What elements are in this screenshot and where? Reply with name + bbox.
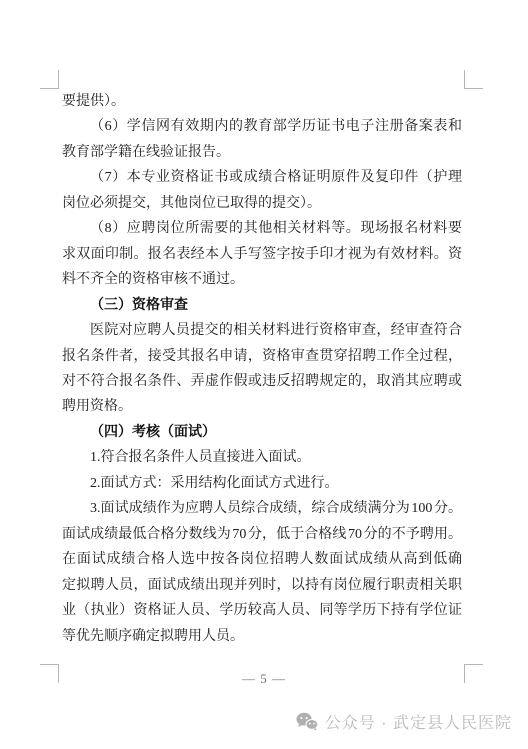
text-line: （四）考核（面试） (62, 420, 462, 445)
text-line: 3.面试成绩作为应聘人员综合成绩，综合成绩满分为 100 分。 (62, 496, 462, 521)
text-line: 报名条件者，接受其报名申请，资格审查贯穿招聘工作全过程， (62, 344, 462, 369)
text-line: （7）本专业资格证书或成绩合格证明原件及复印件（护理 (62, 165, 462, 190)
text-line: 要提供）。 (62, 89, 462, 114)
paragraph: 3.面试成绩作为应聘人员综合成绩，综合成绩满分为 100 分。面试成绩最低合格分… (62, 496, 462, 649)
text-line: 对不符合报名条件、弄虚作假或违反招聘规定的，取消其应聘或 (62, 369, 462, 394)
paragraph: （8）应聘岗位所需要的其他相关材料等。现场报名材料要求双面印制。报名表经本人手写… (62, 216, 462, 292)
text-line: 医院对应聘人员提交的相关材料进行资格审查，经审查符合 (62, 318, 462, 343)
document-page: 要提供）。（6）学信网有效期内的教育部学历证书电子注册备案表和教育部学籍在线验证… (0, 0, 528, 749)
watermark-footer: 公众号 · 武定县人民医院 (296, 710, 512, 733)
paragraph: 医院对应聘人员提交的相关材料进行资格审查，经审查符合报名条件者，接受其报名申请，… (62, 318, 462, 420)
text-line: （8）应聘岗位所需要的其他相关材料等。现场报名材料要 (62, 216, 462, 241)
section-heading: （四）考核（面试） (62, 420, 462, 445)
paragraph: （6）学信网有效期内的教育部学历证书电子注册备案表和教育部学籍在线验证报告。 (62, 114, 462, 165)
text-line: 1.符合报名条件人员直接进入面试。 (62, 445, 462, 470)
paragraph: 2.面试方式：采用结构化面试方式进行。 (62, 471, 462, 496)
paragraph: （7）本专业资格证书或成绩合格证明原件及复印件（护理岗位必须提交，其他岗位已取得… (62, 165, 462, 216)
text-line: （6）学信网有效期内的教育部学历证书电子注册备案表和 (62, 114, 462, 139)
wechat-icon (296, 712, 318, 731)
document-body: 要提供）。（6）学信网有效期内的教育部学历证书电子注册备案表和教育部学籍在线验证… (62, 89, 462, 649)
section-heading: （三）资格审查 (62, 293, 462, 318)
text-line: 岗位必须提交，其他岗位已取得的提交）。 (62, 191, 462, 216)
crop-mark-top-left (40, 70, 59, 89)
crop-mark-top-right (464, 70, 483, 89)
text-line: 聘用资格。 (62, 394, 462, 419)
text-line: 面试成绩最低合格分数线为 70 分，低于合格线 70 分的不予聘用。 (62, 522, 462, 547)
text-line: 求双面印制。报名表经本人手写签字按手印才视为有效材料。资 (62, 242, 462, 267)
paragraph: 要提供）。 (62, 89, 462, 114)
text-line: 在面试成绩合格人选中按各岗位招聘人数面试成绩从高到低确 (62, 547, 462, 572)
text-line: （三）资格审查 (62, 293, 462, 318)
page-number: — 5 — (0, 671, 528, 687)
watermark-label: 公众号 · 武定县人民医院 (325, 710, 512, 733)
text-line: 教育部学籍在线验证报告。 (62, 140, 462, 165)
text-line: 料不齐全的资格审核不通过。 (62, 267, 462, 292)
paragraph: 1.符合报名条件人员直接进入面试。 (62, 445, 462, 470)
text-line: 定拟聘人员，面试成绩出现并列时，以持有岗位履行职责相关职 (62, 573, 462, 598)
text-line: 等优先顺序确定拟聘用人员。 (62, 624, 462, 649)
text-line: 2.面试方式：采用结构化面试方式进行。 (62, 471, 462, 496)
text-line: 业（执业）资格证人员、学历较高人员、同等学历下持有学位证 (62, 598, 462, 623)
